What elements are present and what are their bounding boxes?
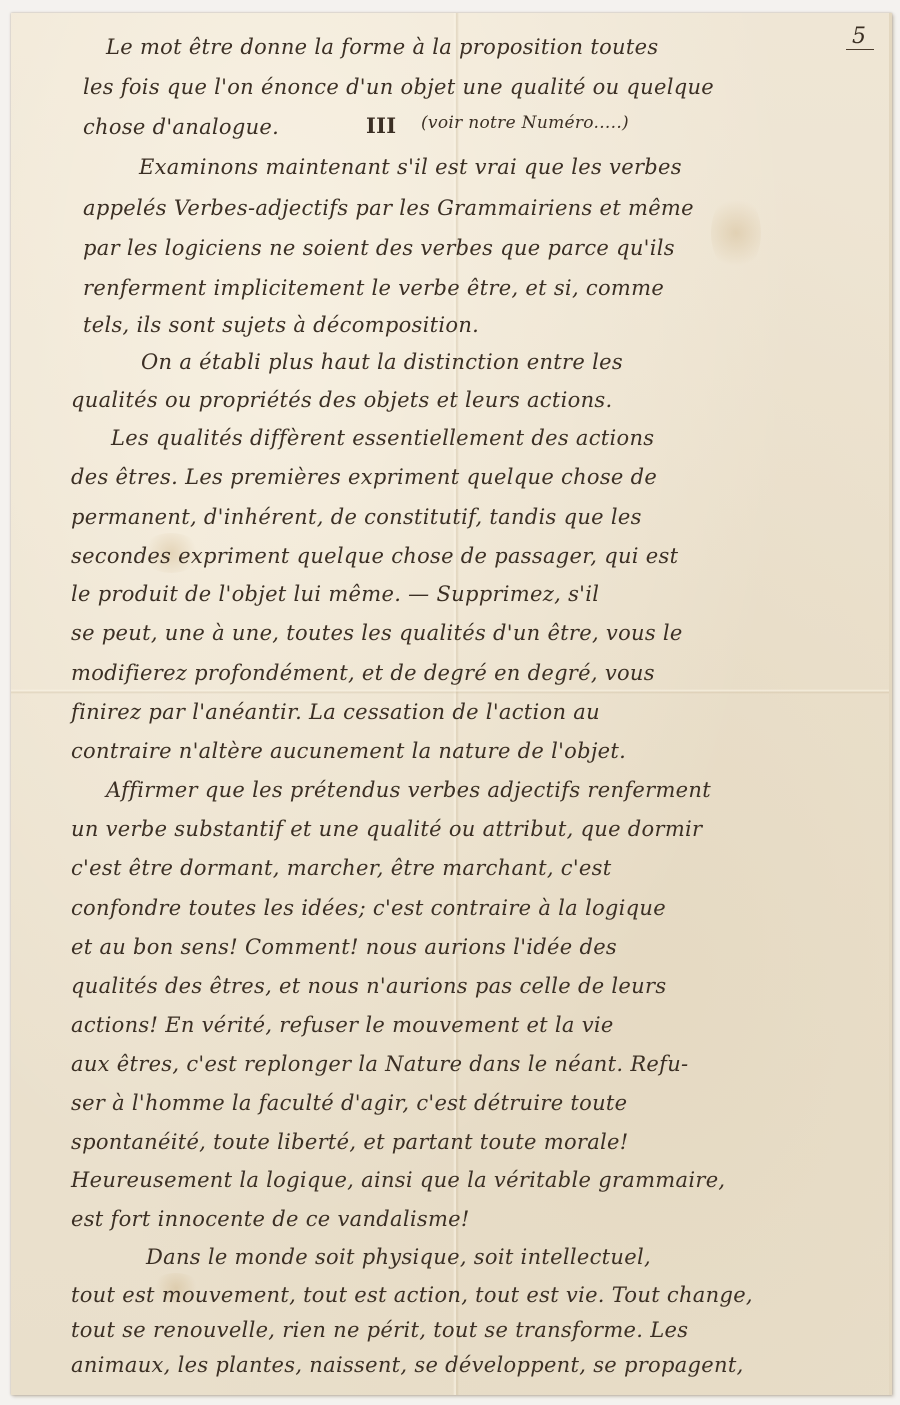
text-line: appelés Verbes-adjectifs par les Grammai…	[83, 196, 694, 220]
text-line: les fois que l'on énonce d'un objet une …	[83, 75, 714, 99]
text-line: renferment implicitement le verbe être, …	[83, 276, 664, 300]
text-line: des êtres. Les premières expriment quelq…	[71, 465, 657, 489]
text-line: Heureusement la logique, ainsi que la vé…	[71, 1168, 725, 1192]
text-line: Le mot être donne la forme à la proposit…	[106, 35, 658, 59]
text-line: modifierez profondément, et de degré en …	[71, 661, 655, 685]
text-line: c'est être dormant, marcher, être marcha…	[71, 856, 611, 880]
text-line: un verbe substantif et une qualité ou at…	[71, 817, 702, 841]
text-line: spontanéité, toute liberté, et partant t…	[71, 1130, 629, 1154]
text-line: On a établi plus haut la distinction ent…	[141, 350, 623, 374]
text-line: tels, ils sont sujets à décomposition.	[83, 313, 479, 337]
manuscript-page: 5 Le mot être donne la forme à la propos…	[11, 13, 892, 1395]
text-line: Les qualités diffèrent essentiellement d…	[111, 426, 654, 450]
text-line: secondes expriment quelque chose de pass…	[71, 544, 678, 568]
text-line: qualités des êtres, et nous n'aurions pa…	[71, 974, 666, 998]
text-line: chose d'analogue.	[83, 115, 279, 139]
text-line: se peut, une à une, toutes les qualités …	[71, 621, 683, 645]
text-line: tout est mouvement, tout est action, tou…	[71, 1283, 753, 1307]
text-line: le produit de l'objet lui même. — Suppri…	[71, 582, 599, 606]
text-line: tout se renouvelle, rien ne périt, tout …	[71, 1318, 688, 1342]
text-line: ser à l'homme la faculté d'agir, c'est d…	[71, 1091, 627, 1115]
text-line: confondre toutes les idées; c'est contra…	[71, 896, 666, 920]
text-line: et au bon sens! Comment! nous aurions l'…	[71, 935, 617, 959]
text-line: aux êtres, c'est replonger la Nature dan…	[71, 1052, 688, 1076]
text-line: Affirmer que les prétendus verbes adject…	[106, 778, 711, 802]
text-line: finirez par l'anéantir. La cessation de …	[71, 700, 600, 724]
text-line: Dans le monde soit physique, soit intell…	[146, 1245, 651, 1269]
text-line: Examinons maintenant s'il est vrai que l…	[139, 155, 682, 179]
text-line: actions! En vérité, refuser le mouvement…	[71, 1013, 614, 1037]
section-marker: III	[366, 113, 396, 138]
text-line: qualités ou propriétés des objets et leu…	[71, 388, 612, 412]
handwritten-text: Le mot être donne la forme à la proposit…	[11, 13, 889, 1395]
section-note: (voir notre Numéro.....)	[421, 113, 629, 133]
text-line: animaux, les plantes, naissent, se dével…	[71, 1353, 744, 1377]
text-line: est fort innocente de ce vandalisme!	[71, 1207, 470, 1231]
text-line: par les logiciens ne soient des verbes q…	[83, 236, 675, 260]
text-line: contraire n'altère aucunement la nature …	[71, 739, 626, 763]
text-line: permanent, d'inhérent, de constitutif, t…	[71, 505, 642, 529]
